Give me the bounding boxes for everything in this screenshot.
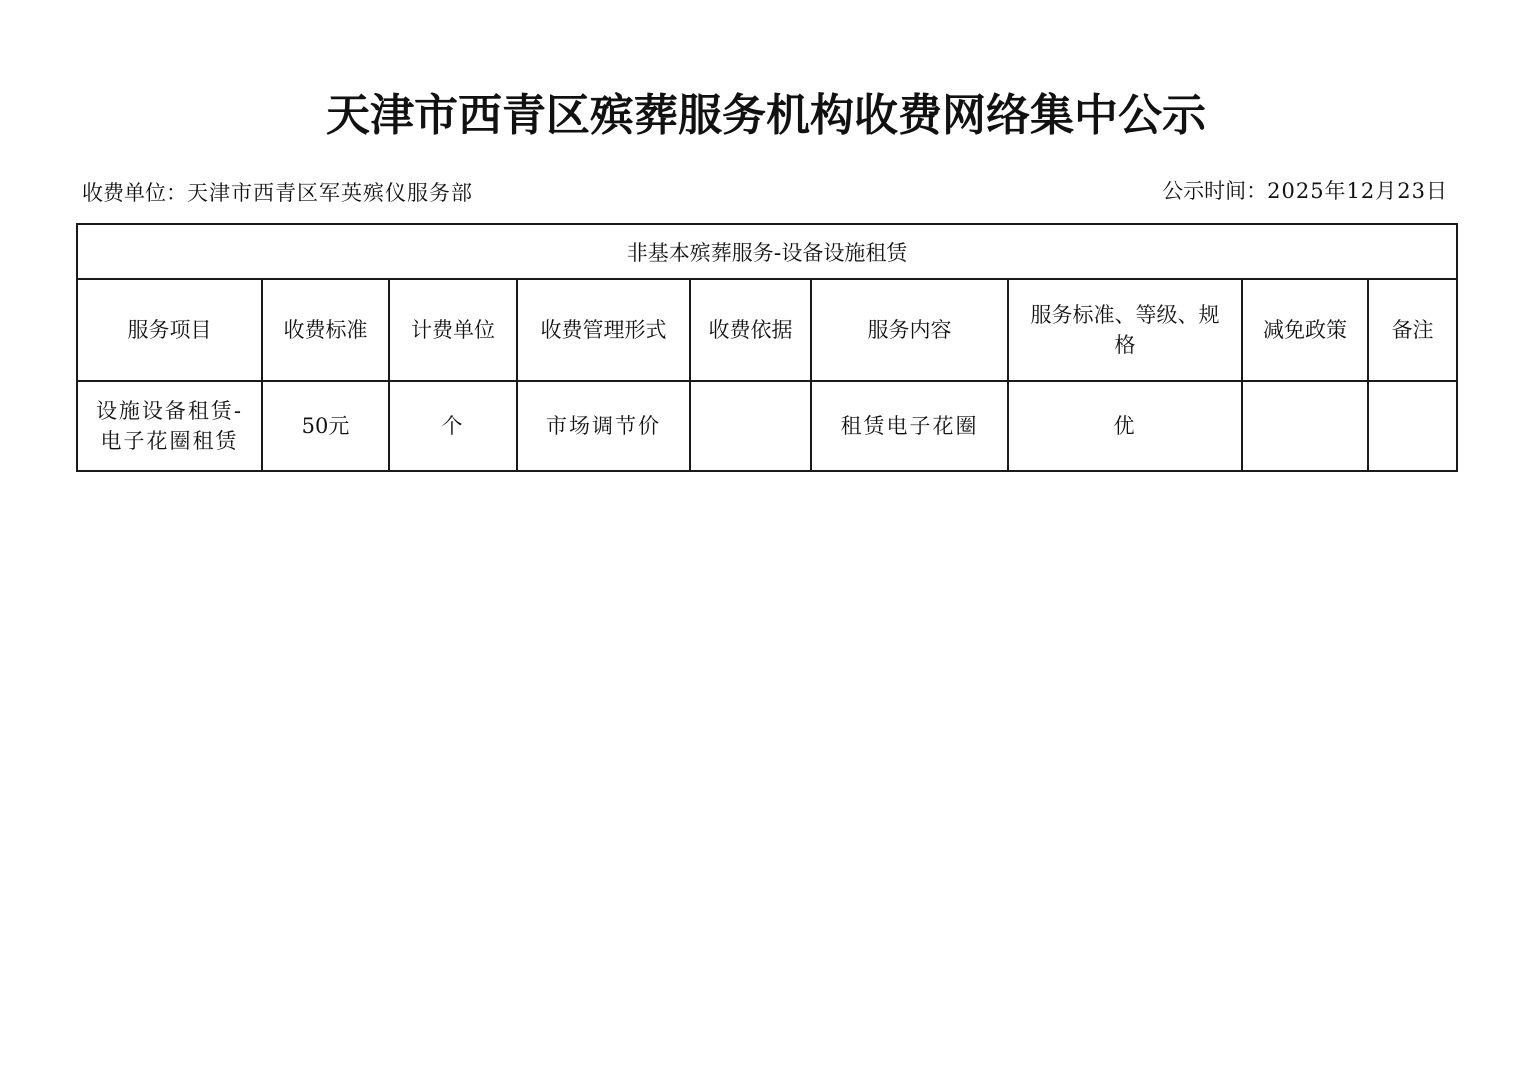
cell-fee-management: 市场调节价 bbox=[517, 381, 690, 471]
cell-fee-basis bbox=[690, 381, 811, 471]
cell-fee-standard: 50元 bbox=[262, 381, 389, 471]
table-row: 设施设备租赁- 电子花圈租赁 50元 个 市场调节价 租赁电子花圈 优 bbox=[77, 381, 1457, 471]
column-header-fee-standard: 收费标准 bbox=[262, 279, 389, 381]
cell-remarks bbox=[1368, 381, 1457, 471]
section-title: 非基本殡葬服务-设备设施租赁 bbox=[77, 224, 1457, 279]
column-header-fee-basis: 收费依据 bbox=[690, 279, 811, 381]
column-header-reduction-policy: 减免政策 bbox=[1242, 279, 1368, 381]
fee-unit: 收费单位：天津市西青区军英殡仪服务部 bbox=[82, 177, 473, 209]
fee-unit-label: 收费单位： bbox=[82, 181, 187, 205]
cell-service-grade: 优 bbox=[1008, 381, 1242, 471]
column-header-service-grade: 服务标准、等级、规格 bbox=[1008, 279, 1242, 381]
column-header-remarks: 备注 bbox=[1368, 279, 1457, 381]
column-header-fee-management: 收费管理形式 bbox=[517, 279, 690, 381]
service-item-line1: 设施设备租赁- bbox=[80, 396, 259, 426]
column-header-service-content: 服务内容 bbox=[811, 279, 1008, 381]
fee-table: 非基本殡葬服务-设备设施租赁 服务项目 收费标准 计费单位 收费管理形式 收费依… bbox=[76, 223, 1458, 472]
section-header-row: 非基本殡葬服务-设备设施租赁 bbox=[77, 224, 1457, 279]
column-header-service-item: 服务项目 bbox=[77, 279, 262, 381]
publish-time-label: 公示时间： bbox=[1162, 179, 1267, 203]
cell-service-content: 租赁电子花圈 bbox=[811, 381, 1008, 471]
fee-unit-value: 天津市西青区军英殡仪服务部 bbox=[187, 181, 473, 205]
publish-time-value: 2025年12月23日 bbox=[1267, 179, 1448, 203]
column-header-billing-unit: 计费单位 bbox=[389, 279, 517, 381]
column-header-row: 服务项目 收费标准 计费单位 收费管理形式 收费依据 服务内容 服务标准、等级、… bbox=[77, 279, 1457, 381]
page-title: 天津市西青区殡葬服务机构收费网络集中公示 bbox=[0, 86, 1520, 146]
cell-billing-unit: 个 bbox=[389, 381, 517, 471]
publish-time: 公示时间：2025年12月23日 bbox=[1162, 175, 1448, 207]
cell-service-item: 设施设备租赁- 电子花圈租赁 bbox=[77, 381, 262, 471]
service-item-line2: 电子花圈租赁 bbox=[80, 426, 259, 456]
cell-reduction-policy bbox=[1242, 381, 1368, 471]
